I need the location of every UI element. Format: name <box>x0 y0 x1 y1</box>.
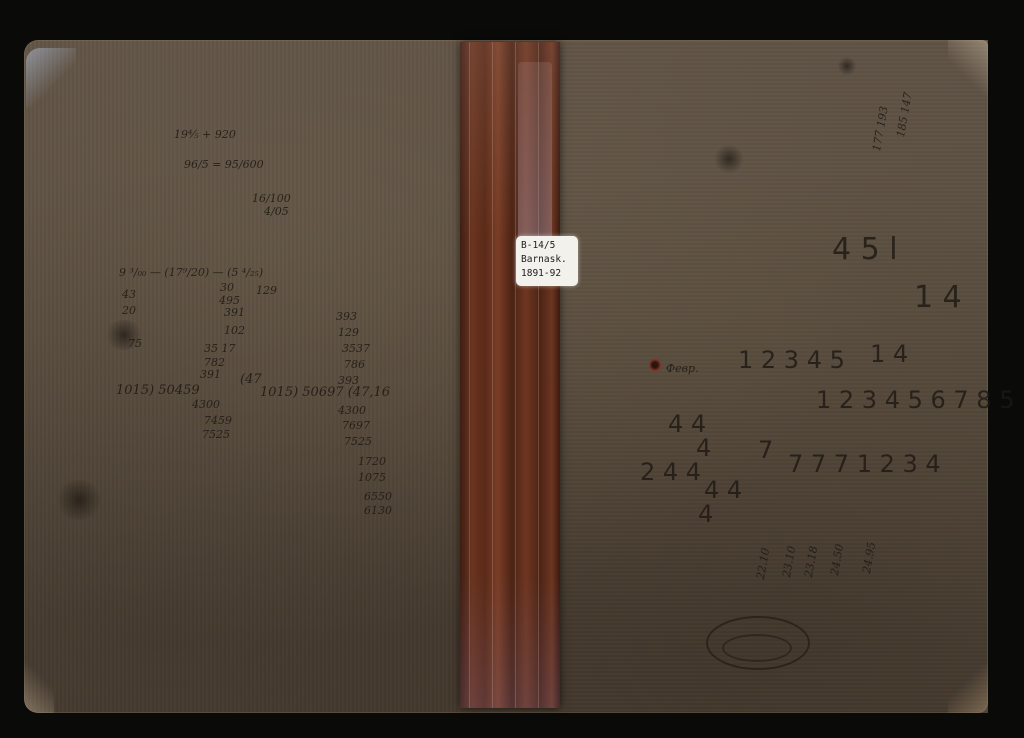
handwritten-note-left: 4300 <box>192 398 220 411</box>
handwritten-note-left: 7459 <box>204 414 232 427</box>
library-stamp <box>706 616 810 670</box>
handwritten-note-right: Февр. <box>666 362 699 375</box>
handwritten-note-left: 4300 <box>338 404 366 417</box>
taped-spine: B-14/5 Barnask. 1891-92 <box>460 42 560 708</box>
plastic-glare-top-left <box>26 48 76 108</box>
shelf-label: B-14/5 Barnask. 1891-92 <box>516 236 578 286</box>
handwritten-note-left: 35 17 <box>204 342 236 355</box>
handwritten-note-left: 30 <box>220 281 234 294</box>
handwritten-note-left: 9 ³/₀₀ — (17⁹/20) — (5 ⁴/₂₅) <box>119 266 263 279</box>
shelf-label-place: Barnask. <box>521 253 578 267</box>
handwritten-note-left: 786 <box>344 358 365 371</box>
handwritten-note-left: 391 <box>200 368 221 381</box>
handwritten-note-left: 6550 <box>364 490 392 503</box>
handwritten-note-left: 3537 <box>342 342 370 355</box>
handwritten-note-right: 1 2 3 4 5 <box>738 346 845 374</box>
handwritten-note-left: 19⅘ + 920 <box>174 128 236 141</box>
corner-wear-bottom-right <box>948 663 988 713</box>
handwritten-note-left: 20 <box>122 304 136 317</box>
handwritten-note-right: 1 4 <box>870 340 908 368</box>
handwritten-note-left: 1015) 50697 (47,16 <box>260 385 390 400</box>
handwritten-note-right: 1 4 <box>914 280 962 315</box>
handwritten-note-right: 2 4 4 <box>640 458 701 486</box>
red-ink-mark <box>649 358 661 372</box>
corner-wear-bottom-left <box>24 653 54 713</box>
tape-glare <box>518 62 552 242</box>
handwritten-note-left: 102 <box>224 324 245 337</box>
handwritten-note-right: 7 7 7 1 2 3 4 <box>788 450 941 478</box>
handwritten-note-left: 391 <box>224 306 245 319</box>
handwritten-note-left: 4/05 <box>264 205 289 218</box>
handwritten-note-left: 1015) 50459 <box>116 383 200 398</box>
book-cover: B-14/5 Barnask. 1891-92 177 193 185 147 … <box>24 40 988 713</box>
corner-wear-top-right <box>948 40 988 100</box>
ink-stain <box>54 480 104 520</box>
scan-background: B-14/5 Barnask. 1891-92 177 193 185 147 … <box>0 0 1024 738</box>
handwritten-note-right: 4 5 l <box>832 232 898 267</box>
handwritten-note-left: 7525 <box>202 428 230 441</box>
handwritten-note-left: 1075 <box>358 471 386 484</box>
handwritten-note-right: 1 2 3 4 5 6 7 8 5 <box>816 386 1014 414</box>
shelf-label-years: 1891-92 <box>521 267 578 281</box>
handwritten-note-left: 7697 <box>342 419 370 432</box>
handwritten-note-left: 129 <box>256 284 277 297</box>
handwritten-note-left: 43 <box>122 288 136 301</box>
handwritten-note-right: 4 <box>698 500 713 528</box>
ink-stain <box>838 56 856 76</box>
handwritten-note-left: (47 <box>240 372 262 387</box>
handwritten-note-right: 7 <box>758 436 773 464</box>
handwritten-note-left: 96/5 = 95/600 <box>184 158 264 171</box>
handwritten-note-left: 6130 <box>364 504 392 517</box>
right-board <box>558 40 988 713</box>
shelf-label-code: B-14/5 <box>521 239 578 253</box>
handwritten-note-left: 7525 <box>344 435 372 448</box>
ink-stain <box>714 144 744 174</box>
handwritten-note-left: 75 <box>128 337 142 350</box>
handwritten-note-left: 16/100 <box>252 192 291 205</box>
handwritten-note-left: 129 <box>338 326 359 339</box>
handwritten-note-left: 393 <box>336 310 357 323</box>
handwritten-note-left: 1720 <box>358 455 386 468</box>
